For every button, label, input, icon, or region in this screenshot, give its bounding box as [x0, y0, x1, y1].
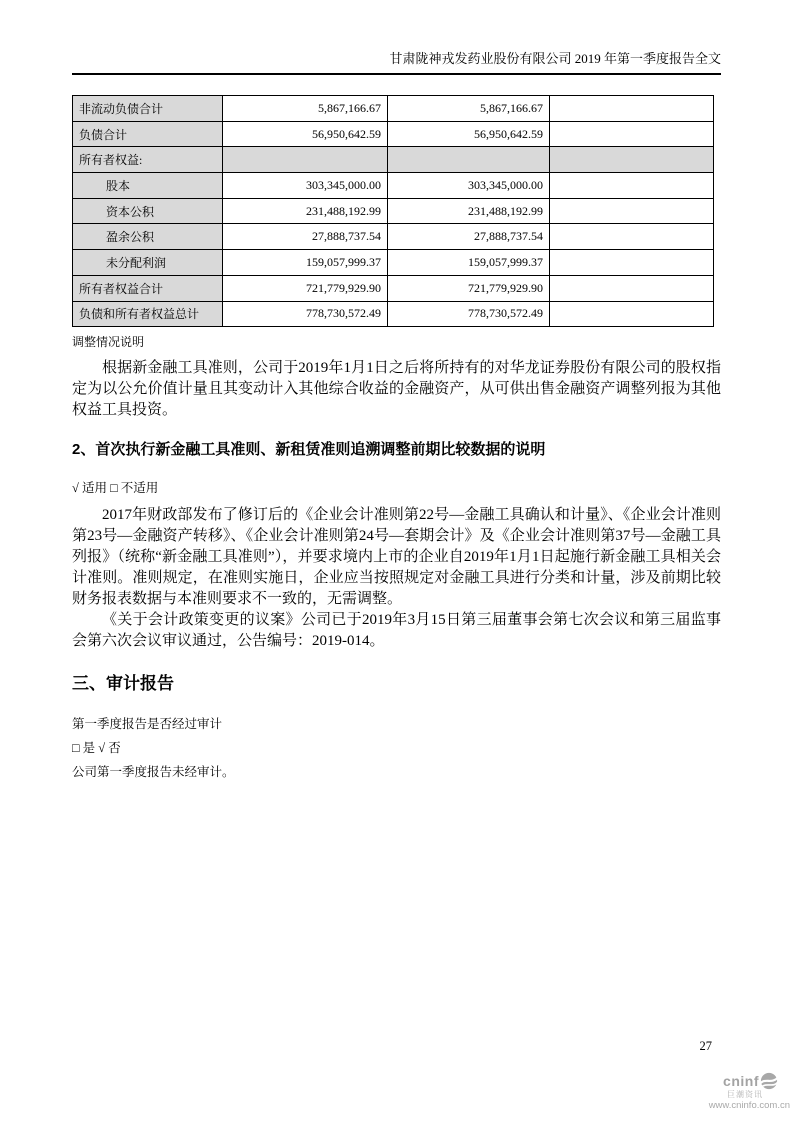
balance-sheet-table: 非流动负债合计 5,867,166.67 5,867,166.67 负债合计 5… — [72, 95, 714, 327]
row-value-note — [550, 224, 714, 250]
table-row: 非流动负债合计 5,867,166.67 5,867,166.67 — [73, 96, 714, 122]
row-value-previous: 159,057,999.37 — [388, 250, 550, 276]
page-number: 27 — [700, 1040, 713, 1053]
row-value-previous: 778,730,572.49 — [388, 301, 550, 327]
row-label: 资本公积 — [73, 198, 223, 224]
row-value-note — [550, 121, 714, 147]
table-row: 股本 303,345,000.00 303,345,000.00 — [73, 173, 714, 199]
cninfo-url: www.cninfo.com.cn — [709, 1100, 790, 1111]
row-value-note — [550, 250, 714, 276]
row-value-adjusted: 721,779,929.90 — [223, 275, 388, 301]
cninfo-swirl-icon — [760, 1072, 778, 1090]
row-value-previous: 56,950,642.59 — [388, 121, 550, 147]
row-label: 未分配利润 — [73, 250, 223, 276]
row-value-adjusted: 778,730,572.49 — [223, 301, 388, 327]
row-label: 盈余公积 — [73, 224, 223, 250]
row-value-note — [550, 198, 714, 224]
row-label: 负债合计 — [73, 121, 223, 147]
table-row: 未分配利润 159,057,999.37 159,057,999.37 — [73, 250, 714, 276]
row-value-adjusted: 303,345,000.00 — [223, 173, 388, 199]
row-value-note — [550, 301, 714, 327]
row-value-adjusted: 159,057,999.37 — [223, 250, 388, 276]
page-header-title: 甘肃陇神戎发药业股份有限公司 2019 年第一季度报告全文 — [72, 0, 721, 75]
section2-paragraph-2: 《关于会计政策变更的议案》公司已于2019年3月15日第三届董事会第七次会议和第… — [72, 610, 721, 652]
row-value-previous: 27,888,737.54 — [388, 224, 550, 250]
report-page: 甘肃陇神戎发药业股份有限公司 2019 年第一季度报告全文 非流动负债合计 5,… — [0, 0, 793, 1122]
row-value-adjusted: 56,950,642.59 — [223, 121, 388, 147]
table-row: 负债和所有者权益总计 778,730,572.49 778,730,572.49 — [73, 301, 714, 327]
row-value-adjusted: 27,888,737.54 — [223, 224, 388, 250]
row-value-previous: 5,867,166.67 — [388, 96, 550, 122]
table-section-row: 所有者权益: — [73, 147, 714, 173]
row-value-adjusted: 5,867,166.67 — [223, 96, 388, 122]
row-value-previous: 231,488,192.99 — [388, 198, 550, 224]
row-value-adjusted: 231,488,192.99 — [223, 198, 388, 224]
table-row: 盈余公积 27,888,737.54 27,888,737.54 — [73, 224, 714, 250]
cninfo-brand-text: cninf — [723, 1074, 759, 1089]
row-label: 股本 — [73, 173, 223, 199]
table-row: 所有者权益合计 721,779,929.90 721,779,929.90 — [73, 275, 714, 301]
audit-answer: □ 是 √ 否 — [72, 742, 721, 755]
row-value-previous: 721,779,929.90 — [388, 275, 550, 301]
row-label: 负债和所有者权益总计 — [73, 301, 223, 327]
cninfo-chinese-name: 巨潮资讯 — [727, 1090, 763, 1099]
table-row: 资本公积 231,488,192.99 231,488,192.99 — [73, 198, 714, 224]
row-value-note — [550, 96, 714, 122]
cninfo-logo-row: cninf — [723, 1072, 778, 1090]
adjustment-note-label: 调整情况说明 — [72, 336, 721, 349]
row-value-note — [550, 275, 714, 301]
row-value-previous: 303,345,000.00 — [388, 173, 550, 199]
section3-heading: 三、审计报告 — [72, 674, 721, 693]
adjustment-paragraph: 根据新金融工具准则，公司于2019年1月1日之后将所持有的对华龙证券股份有限公司… — [72, 358, 721, 421]
row-label: 所有者权益: — [73, 147, 223, 173]
audit-note: 公司第一季度报告未经审计。 — [72, 766, 721, 779]
table-row: 负债合计 56,950,642.59 56,950,642.59 — [73, 121, 714, 147]
page-content: 甘肃陇神戎发药业股份有限公司 2019 年第一季度报告全文 非流动负债合计 5,… — [72, 0, 721, 779]
row-value-previous — [388, 147, 550, 173]
row-label: 非流动负债合计 — [73, 96, 223, 122]
row-value-note — [550, 147, 714, 173]
section2-heading: 2、首次执行新金融工具准则、新租赁准则追溯调整前期比较数据的说明 — [72, 441, 721, 458]
cninfo-logo: cninf 巨潮资讯 www.cninfo.com.cn — [698, 1072, 790, 1111]
row-label: 所有者权益合计 — [73, 275, 223, 301]
row-value-note — [550, 173, 714, 199]
audit-question: 第一季度报告是否经过审计 — [72, 718, 721, 731]
row-value-adjusted — [223, 147, 388, 173]
section2-paragraph-1: 2017年财政部发布了修订后的《企业会计准则第22号—金融工具确认和计量》、《企… — [72, 505, 721, 610]
applicability-line: √ 适用 □ 不适用 — [72, 481, 721, 495]
